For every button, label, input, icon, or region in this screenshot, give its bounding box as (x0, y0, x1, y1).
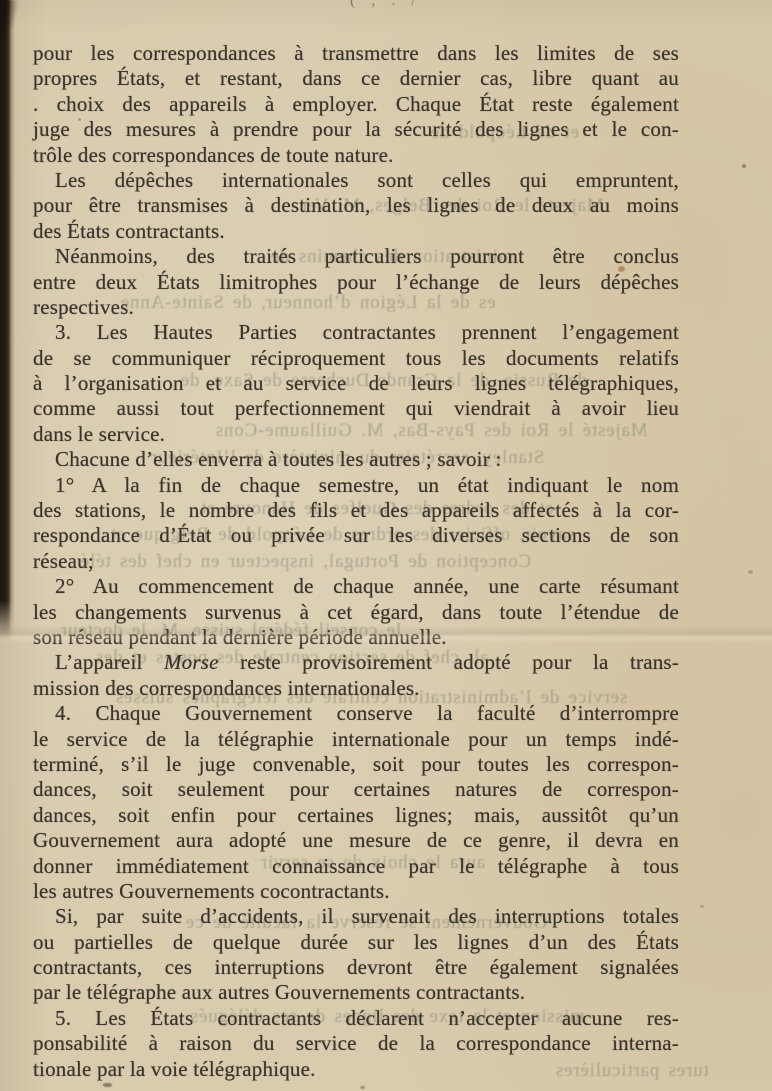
text-line: par le télégraphe aux autres Gouvernemen… (33, 980, 679, 1005)
text-line: les autres Gouvernements cocontractants. (33, 879, 679, 904)
scanned-page: et de Léopold deMajesté le Roi des Belge… (0, 0, 772, 1091)
text-line: Chacune d’elles enverra à toutes les aut… (33, 447, 679, 472)
text-line: comme aussi tout perfectionnement qui vi… (33, 396, 679, 421)
text-line: Si, par suite d’accidents, il survenait … (33, 904, 679, 929)
text-line: Gouvernement aura adopté une mesure de c… (33, 828, 679, 853)
scan-seam (0, 626, 772, 644)
binding-edge (0, 0, 15, 642)
text-line: ponsabilité à raison du service de la co… (33, 1031, 679, 1056)
text-line: dances, soit seulement pour certaines na… (33, 777, 679, 802)
paper-stain (78, 118, 81, 121)
paper-stain (103, 1083, 112, 1087)
paper-stain (360, 1086, 365, 1089)
text-line: dances, soit enfin pour certaines lignes… (33, 803, 679, 828)
text-line: 5. Les États contractants déclarent n’ac… (33, 1006, 679, 1031)
text-line: L’appareil Morse reste provisoirement ad… (33, 650, 679, 675)
text-line: Les dépêches internationales sont celles… (33, 168, 679, 193)
text-line: ou partielles de quelque durée sur les l… (33, 930, 679, 955)
paper-stain (748, 570, 753, 574)
text-line: pour être transmises à destination, les … (33, 193, 679, 218)
paper-stain (618, 266, 625, 272)
text-line: 1° A la fin de chaque semestre, un état … (33, 473, 679, 498)
text-line: réseau; (33, 549, 679, 574)
text-line: Néanmoins, des traités particuliers pour… (33, 244, 679, 269)
binding-edge-corner (0, 0, 18, 34)
text-line: 3. Les Hautes Parties contractantes pren… (33, 320, 679, 345)
text-line: 4. Chaque Gouvernement conserve la facul… (33, 701, 679, 726)
text-line: dans le service. (33, 422, 679, 447)
text-line: juge des mesures à prendre pour la sécur… (33, 117, 679, 142)
text-line: respectives. (33, 295, 679, 320)
text-line: les changements survenus à cet égard, da… (33, 600, 679, 625)
text-line: entre deux États limitrophes pour l’écha… (33, 270, 679, 295)
text-block: pour les correspondances à transmettre d… (33, 41, 679, 1082)
text-line: des États contractants. (33, 219, 679, 244)
text-line: propres États, et restant, dans ce derni… (33, 66, 679, 91)
text-line: . choix des appareils à employer. Chaque… (33, 92, 679, 117)
text-line: mission des correspondances internationa… (33, 676, 679, 701)
text-line: le service de la télégraphie internation… (33, 727, 679, 752)
text-line: pour les correspondances à transmettre d… (33, 41, 679, 66)
text-line: contractants, ces interruptions devront … (33, 955, 679, 980)
page-number-fragment: ( , . / (350, 0, 422, 10)
paper-stain (700, 905, 704, 908)
text-line: à l’organisation et au service de leurs … (33, 371, 679, 396)
text-line: donner immédiatement connaissance par le… (33, 854, 679, 879)
text-line: trôle des correspondances de toute natur… (33, 143, 679, 168)
text-line: de se communiquer réciproquement tous le… (33, 346, 679, 371)
text-line: tionale par la voie télégraphique. (33, 1057, 679, 1082)
text-line: respondance d’État ou privée sur les div… (33, 523, 679, 548)
text-line: terminé, s’il le juge convenable, soit p… (33, 752, 679, 777)
paper-stain (742, 164, 746, 168)
text-line: 2° Au commencement de chaque année, une … (33, 574, 679, 599)
text-line: des stations, le nombre des fils et des … (33, 498, 679, 523)
